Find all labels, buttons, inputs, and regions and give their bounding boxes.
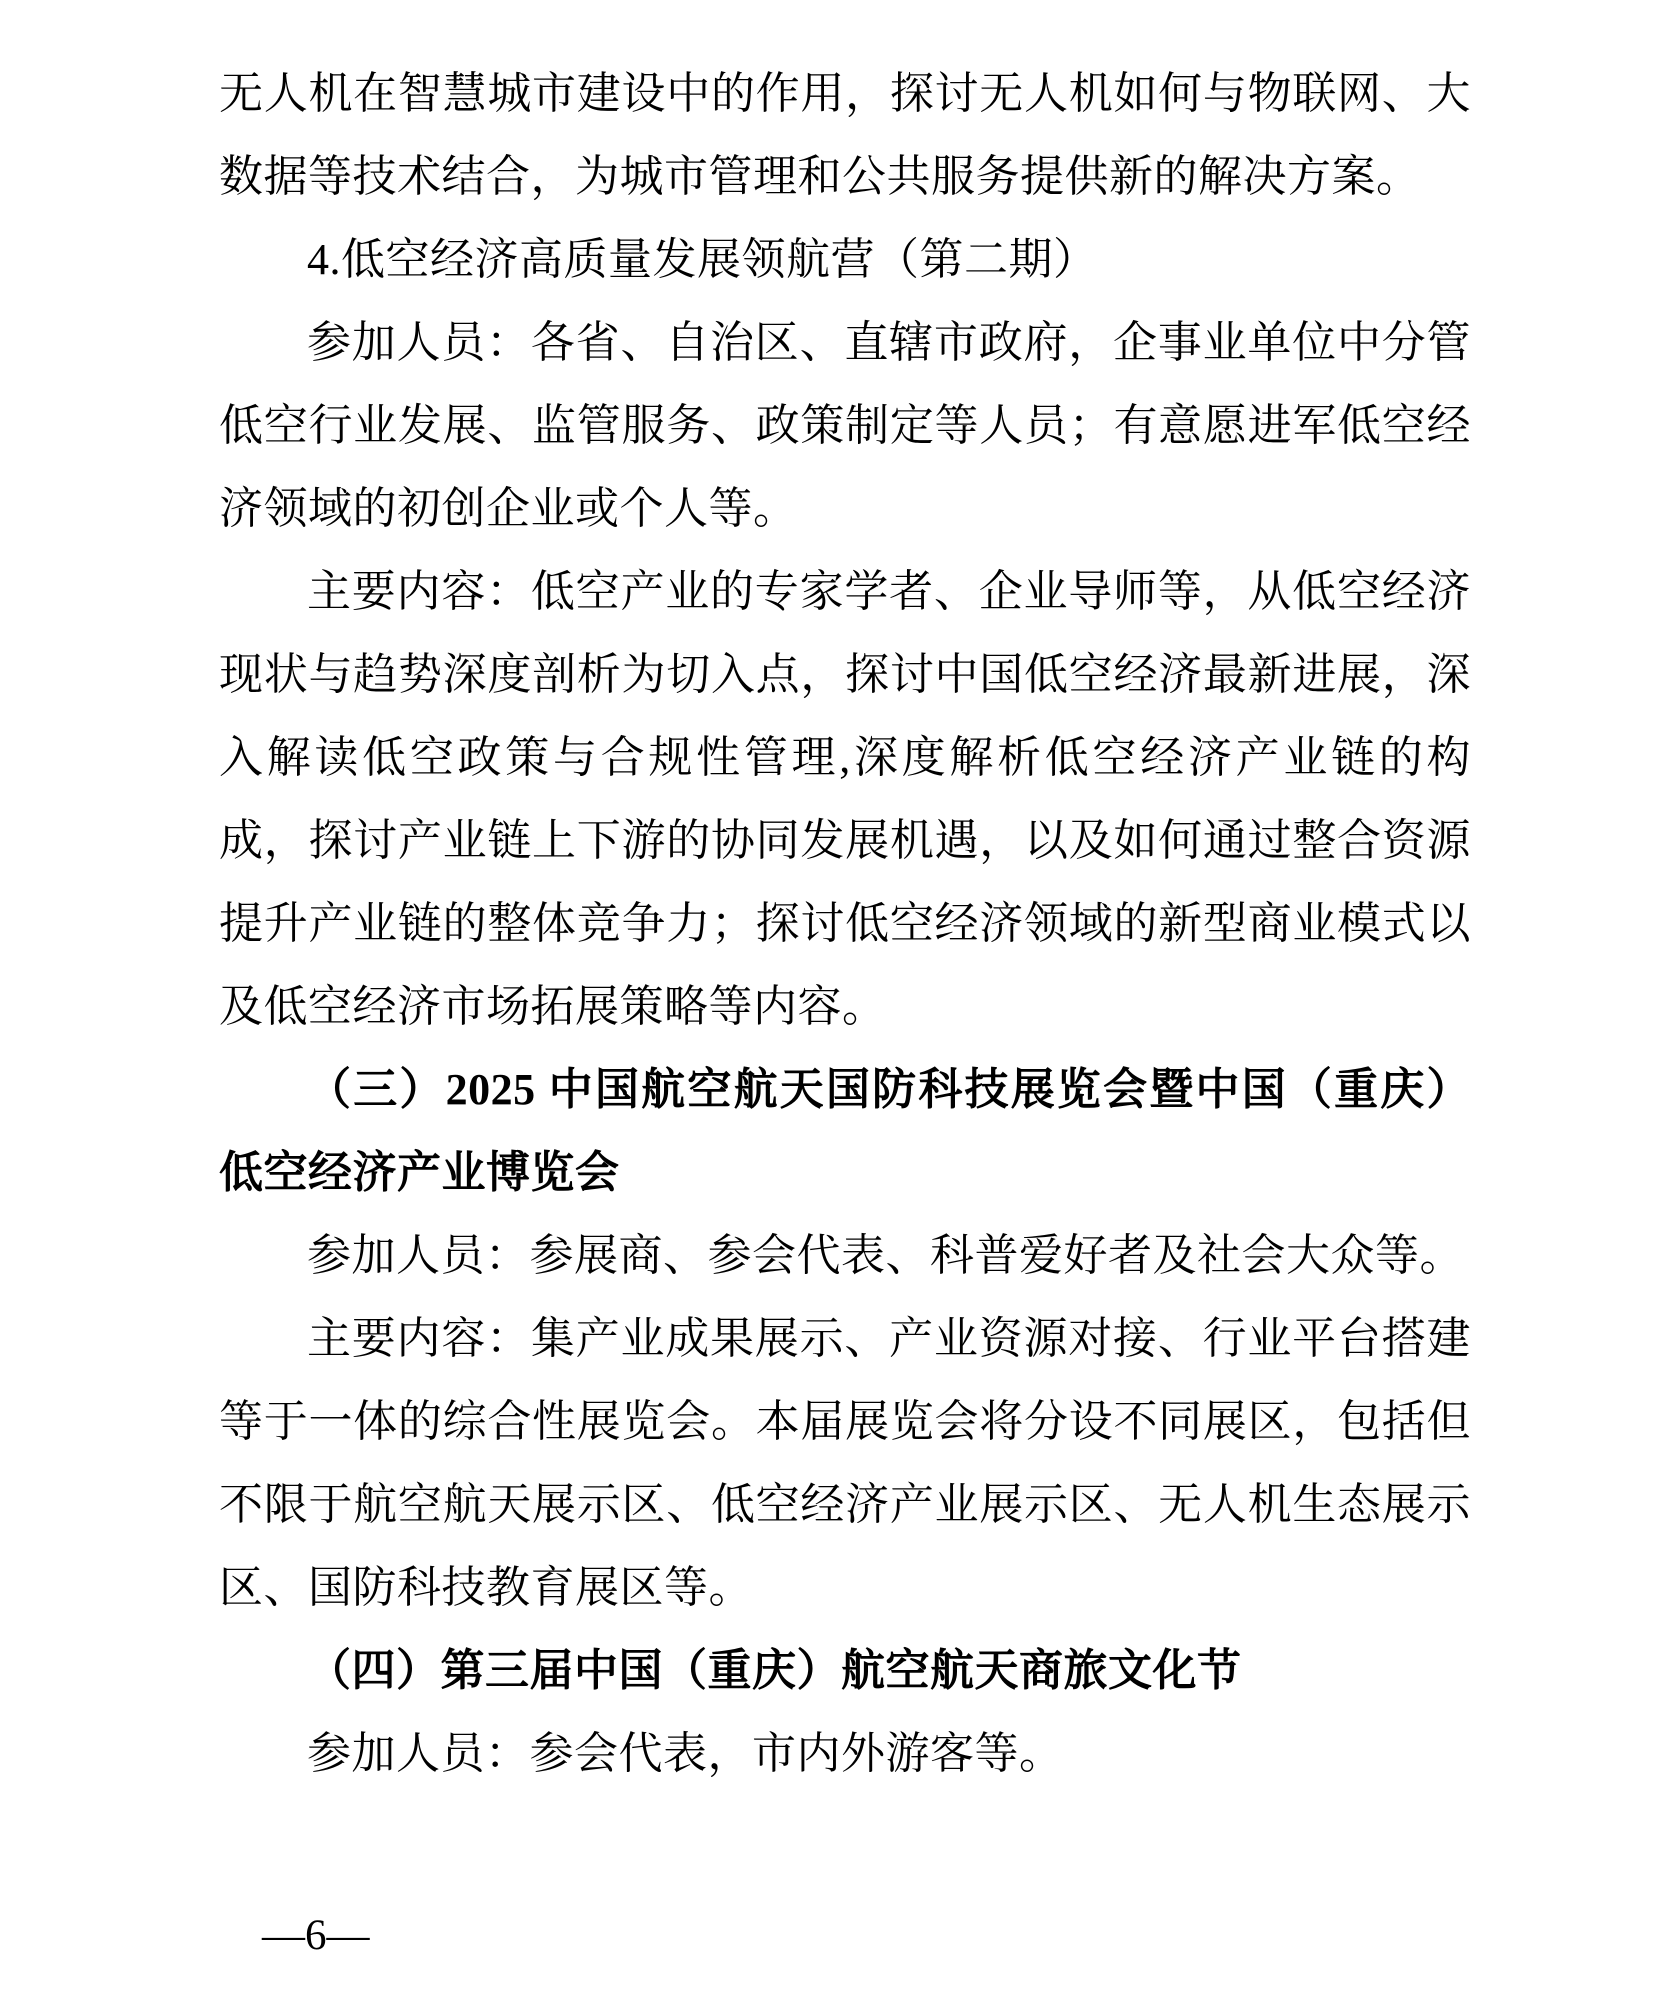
paragraph-continuation: 无人机在智慧城市建设中的作用，探讨无人机如何与物联网、大数据等技术结合，为城市管… [219,52,1471,218]
participants-paragraph-1: 参加人员：各省、自治区、直辖市政府，企事业单位中分管低空行业发展、监管服务、政策… [219,301,1471,550]
page-number: —6— [262,1910,370,1962]
participants-paragraph-3: 参加人员：参会代表，市内外游客等。 [219,1712,1471,1795]
numbered-item-4: 4.低空经济高质量发展领航营（第二期） [219,218,1471,301]
participants-paragraph-2: 参加人员：参展商、参会代表、科普爱好者及社会大众等。 [219,1214,1471,1297]
main-content-paragraph-2: 主要内容：集产业成果展示、产业资源对接、行业平台搭建等于一体的综合性展览会。本届… [219,1297,1471,1629]
section-heading-3: （三）2025 中国航空航天国防科技展览会暨中国（重庆）低空经济产业博览会 [219,1048,1471,1214]
document-page: 无人机在智慧城市建设中的作用，探讨无人机如何与物联网、大数据等技术结合，为城市管… [0,0,1653,1989]
document-text-body: 无人机在智慧城市建设中的作用，探讨无人机如何与物联网、大数据等技术结合，为城市管… [219,52,1471,1795]
section-heading-4: （四）第三届中国（重庆）航空航天商旅文化节 [219,1629,1471,1712]
main-content-paragraph-1: 主要内容：低空产业的专家学者、企业导师等，从低空经济现状与趋势深度剖析为切入点，… [219,550,1471,1048]
